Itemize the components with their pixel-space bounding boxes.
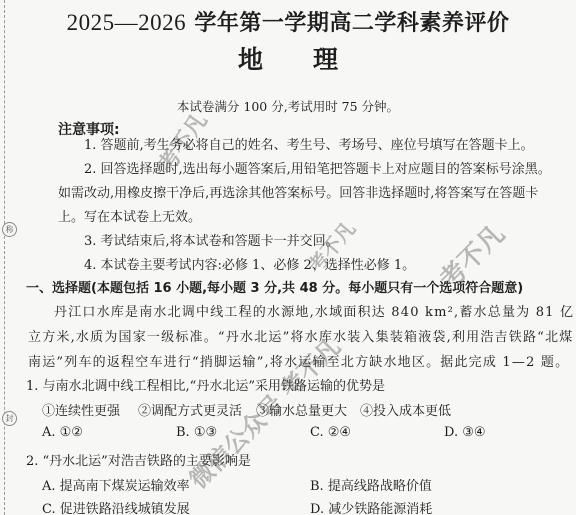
- statement-4: ④投入成本更低: [360, 400, 451, 419]
- statement-1: ①连续性更强: [42, 400, 120, 419]
- q1-option-c[interactable]: C. ②④: [310, 425, 351, 440]
- question-1-stem: 1. 与南水北调中线工程相比,“丹水北运”采用铁路运输的优势是: [26, 375, 385, 394]
- notice-item: 2. 回答选择题时,选出每小题答案后,用铅笔把答题卡上对应题目的答案标号涂黑。如…: [58, 158, 553, 230]
- notice-item: 3. 考试结束后,将本试卷和答题卡一并交回。: [58, 230, 553, 254]
- q2-option-a[interactable]: A. 提高南下煤炭运输效率: [42, 475, 190, 494]
- statement-3: ③输水总量更大: [256, 400, 347, 419]
- binding-line: 称 封: [4, 0, 5, 515]
- q1-option-a[interactable]: A. ①②: [42, 425, 83, 440]
- exam-info: 本试卷满分 100 分,考试用时 75 分钟。: [0, 97, 576, 115]
- year-range: 2025—2026: [67, 10, 187, 35]
- reading-passage: 丹江口水库是南水北调中线工程的水源地,水域面积达 840 km²,蓄水总量为 8…: [28, 300, 576, 375]
- q2-option-c[interactable]: C. 促进铁路沿线城镇发展: [42, 498, 190, 515]
- margin-mark-seal: 封: [2, 411, 17, 426]
- margin-mark-name: 称: [2, 222, 17, 237]
- q1-option-d[interactable]: D. ③④: [444, 425, 486, 440]
- question-2-stem: 2. “丹水北运”对浩吉铁路的主要影响是: [26, 450, 251, 469]
- exam-title: 2025—2026 学年第一学期高二学科素养评价: [0, 6, 576, 37]
- title-text: 学年第一学期高二学科素养评价: [194, 11, 509, 36]
- notice-item: 4. 本试卷主要考试内容:必修 1、必修 2、选择性必修 1。: [58, 254, 553, 278]
- passage-text: 丹江口水库是南水北调中线工程的水源地,水域面积达 840 km²,蓄水总量为 8…: [28, 300, 576, 375]
- notice-item: 1. 答题前,考生务必将自己的姓名、考生号、考场号、座位号填写在答题卡上。: [58, 134, 553, 158]
- notice-list: 1. 答题前,考生务必将自己的姓名、考生号、考场号、座位号填写在答题卡上。 2.…: [58, 134, 553, 278]
- q1-option-b[interactable]: B. ①③: [176, 425, 217, 440]
- q2-option-b[interactable]: B. 提高线路战略价值: [310, 475, 432, 494]
- statement-2: ②调配方式更灵活: [138, 400, 242, 419]
- subject-title: 地理: [0, 40, 576, 76]
- q2-option-d[interactable]: D. 减少铁路能源消耗: [310, 498, 432, 515]
- section-heading: 一、选择题(本题包括 16 小题,每小题 3 分,共 48 分。每小题只有一个选…: [26, 277, 523, 296]
